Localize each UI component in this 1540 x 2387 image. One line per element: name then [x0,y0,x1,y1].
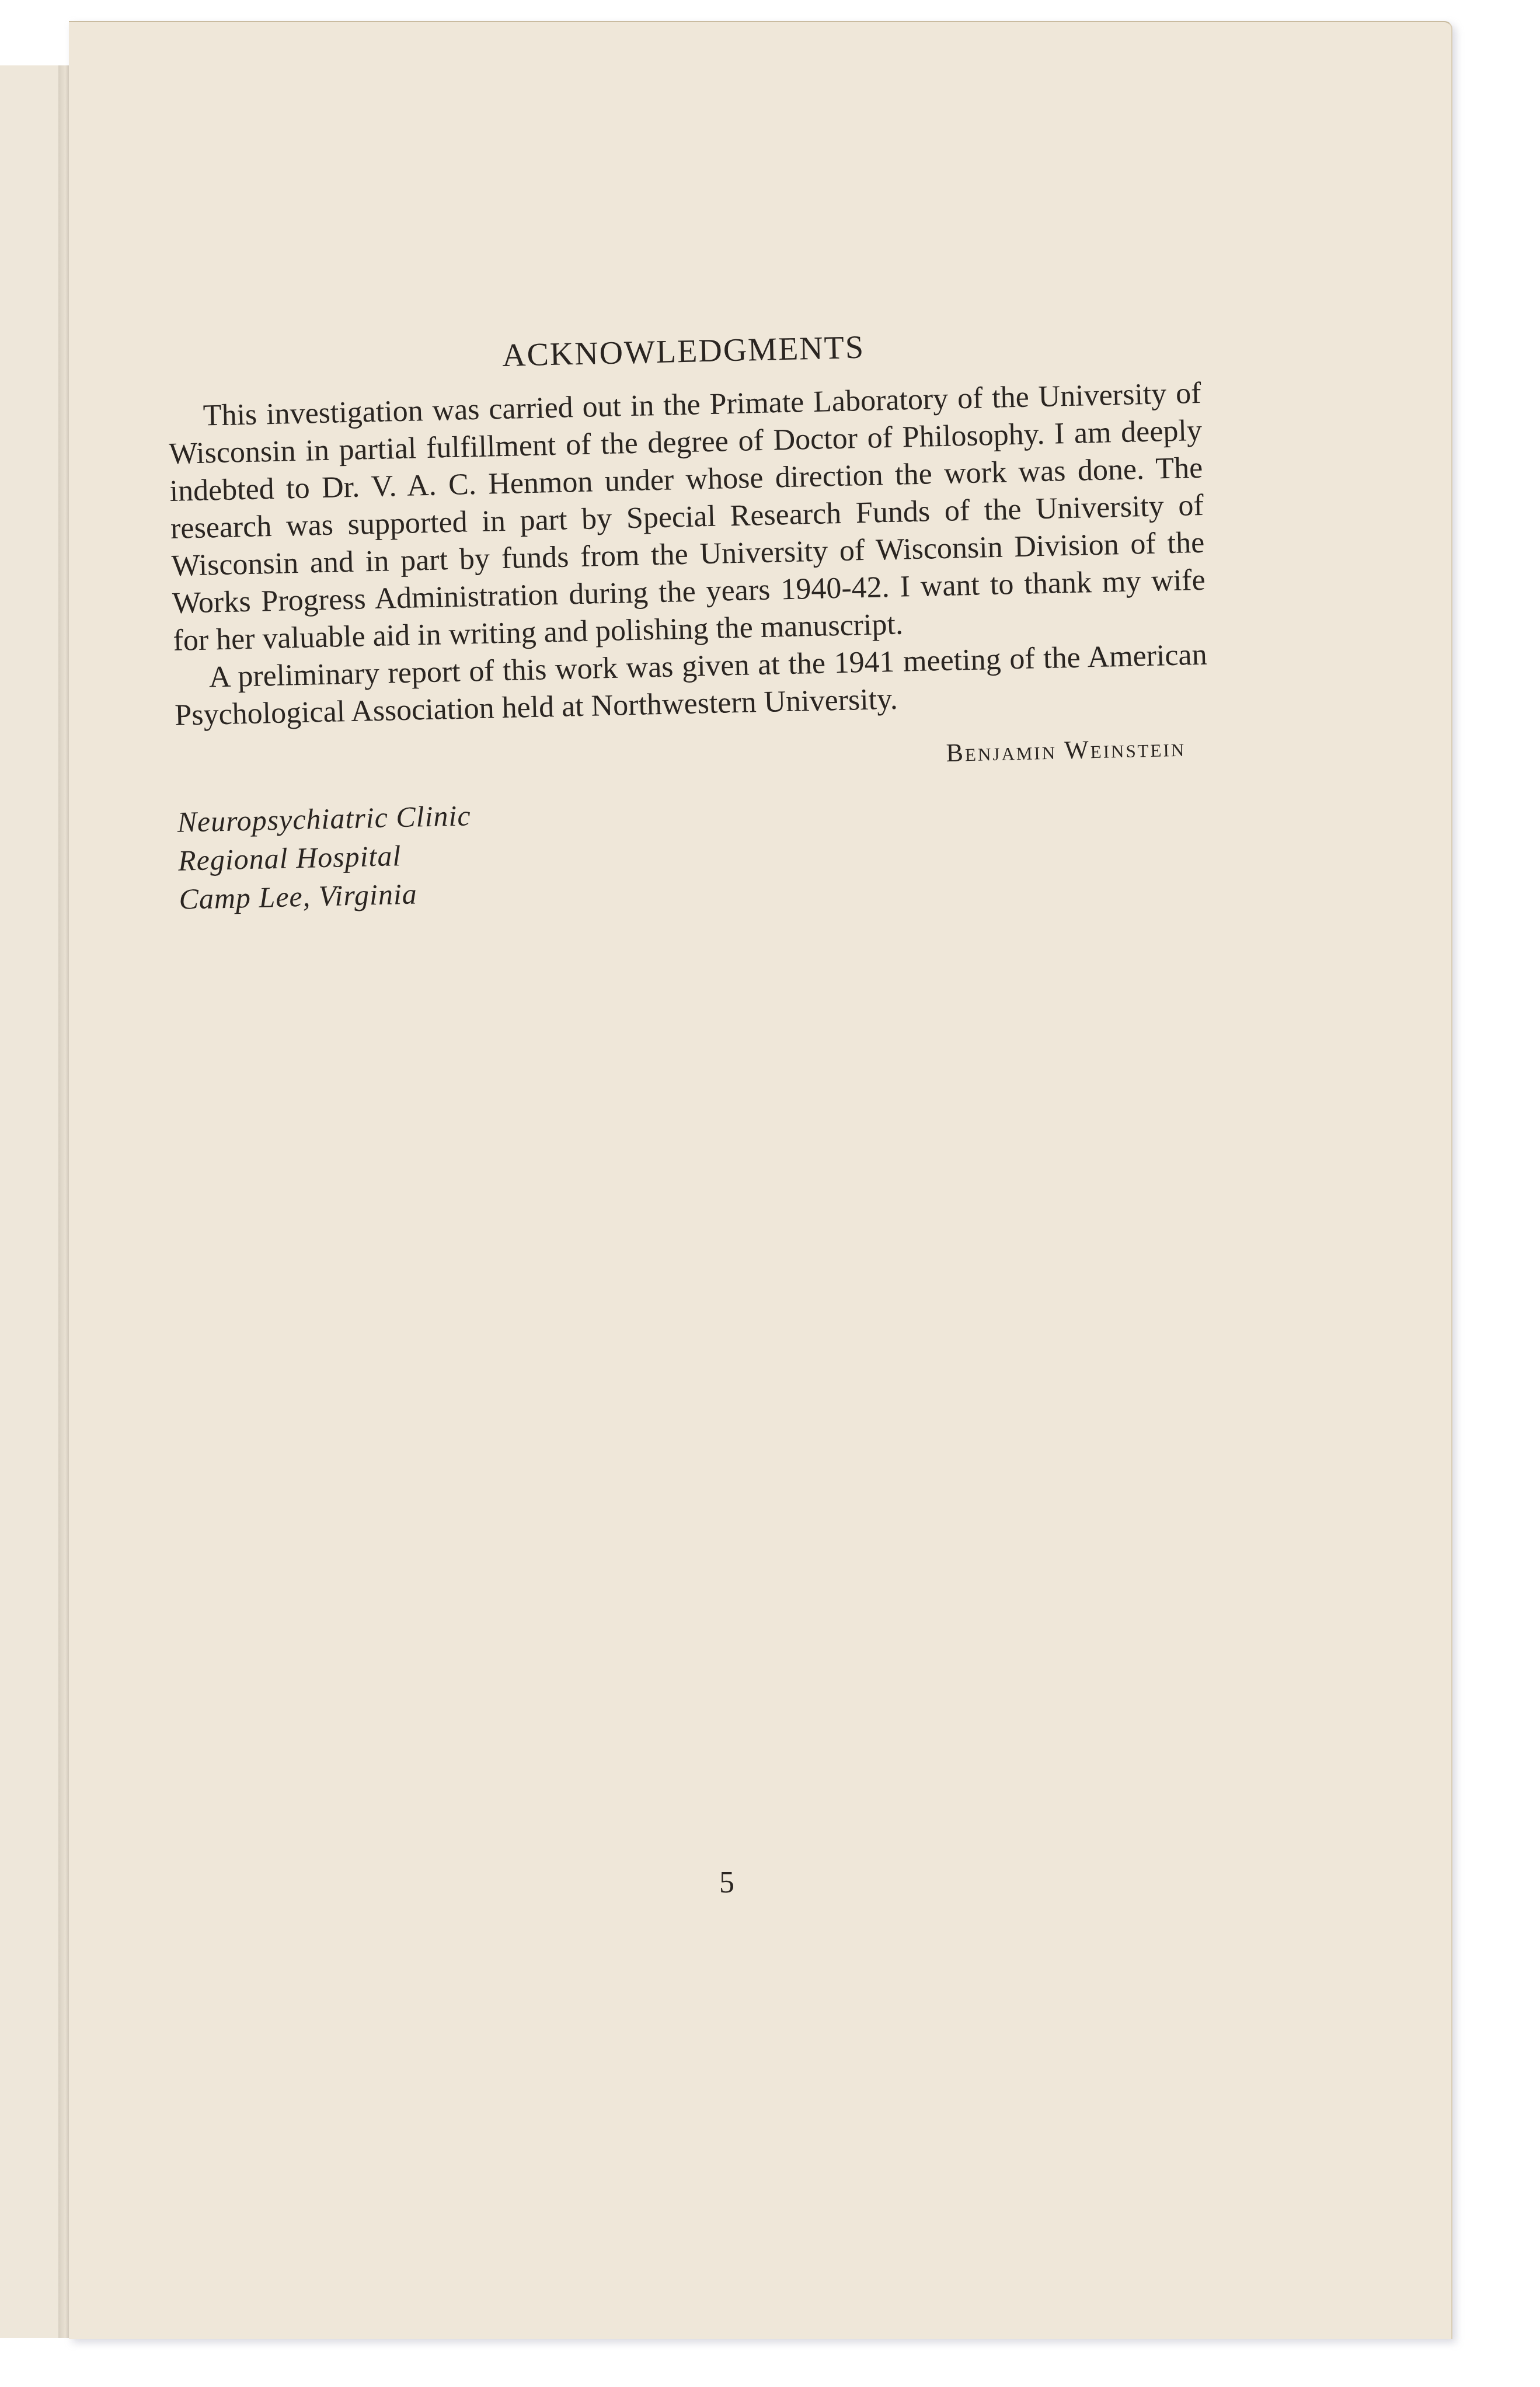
paragraph-1: This investigation was carried out in th… [168,375,1207,660]
page-number: 5 [719,1866,734,1900]
author-signature: Benjamin Weinstein [176,733,1186,785]
book-gutter [58,65,70,2338]
author-address: Neuropsychiatric Clinic Regional Hospita… [177,780,1213,918]
page-content: ACKNOWLEDGMENTS This investigation was c… [166,321,1213,918]
facing-page-edge [0,65,58,2338]
